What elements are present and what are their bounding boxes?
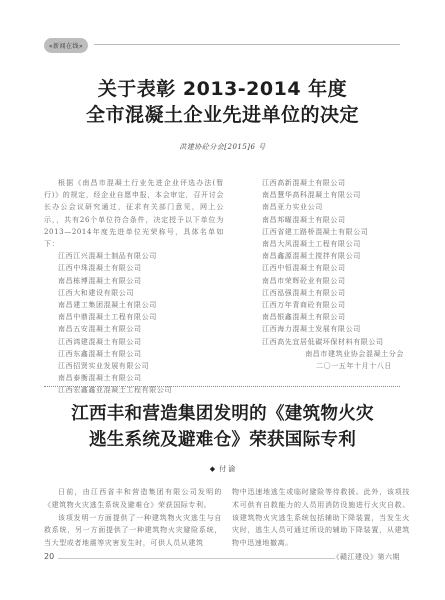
company-item: 南昌泰衡混凝土有限公司 bbox=[44, 372, 224, 384]
company-item: 江西中珠混凝土有限公司 bbox=[44, 262, 224, 274]
company-item: 南昌中鼎混凝土工程有限公司 bbox=[44, 311, 224, 323]
article1-right-column: 江西高新混凝土有限公司 南昌慧华高科混凝土有限公司 南昌亚力实业公司 南昌邦曜混… bbox=[232, 177, 410, 372]
company-item: 江西大和建设有限公司 bbox=[44, 287, 224, 299]
signature: 南昌市建筑业协会混凝土分会 bbox=[232, 348, 410, 360]
company-item: 江西省建工路桥混凝土有限公司 bbox=[232, 226, 410, 238]
company-item: 南昌栋博混凝土有限公司 bbox=[44, 275, 224, 287]
company-list-right: 江西高新混凝土有限公司 南昌慧华高科混凝土有限公司 南昌亚力实业公司 南昌邦曜混… bbox=[232, 177, 410, 348]
article2-title-line1: 江西丰和营造集团发明的《建筑物火灾 bbox=[0, 400, 445, 425]
company-item: 南昌亚力实业公司 bbox=[232, 201, 410, 213]
article2-title-line2: 逃生系统及避难仓》荣获国际专利 bbox=[0, 426, 445, 451]
article2-left-column: 日前，由江西省丰和营造集团有限公司发明的《建筑物火灾逃生系统及避难仓》荣获国际专… bbox=[44, 486, 222, 550]
company-item: 南昌五安混凝土有限公司 bbox=[44, 323, 224, 335]
company-item: 南昌市荣辉砼业有限公司 bbox=[232, 275, 410, 287]
body-paragraph: 该项发明一方面提供了一种建筑物火灾逃生与自救系统，另一方面提供了一种建筑物火灾避… bbox=[44, 512, 222, 550]
company-item: 南昌鑫源混凝土搅拌有限公司 bbox=[232, 250, 410, 262]
author-name: 付 渝 bbox=[219, 465, 235, 473]
company-item: 江西海力混凝土发展有限公司 bbox=[232, 323, 410, 335]
company-item: 江西东鑫混凝土有限公司 bbox=[44, 348, 224, 360]
journal-name: 《赣江建设》第六期 bbox=[333, 552, 401, 562]
company-item: 江西招贤实业发展有限公司 bbox=[44, 360, 224, 372]
document-number: 洪建协砼分会[2015]6 号 bbox=[0, 142, 445, 152]
company-item: 江西鸿建混凝土有限公司 bbox=[44, 336, 224, 348]
company-item: 江西高新混凝土有限公司 bbox=[232, 177, 410, 189]
company-item: 南昌大风混凝土工程有限公司 bbox=[232, 238, 410, 250]
article1-title-line2: 全市混凝土企业先进单位的决定 bbox=[0, 100, 445, 127]
page-number: 20 bbox=[44, 552, 54, 561]
company-item: 南昌建工集团混凝土有限公司 bbox=[44, 299, 224, 311]
section-tag: «新闻在线» bbox=[44, 38, 88, 53]
article2-right-column: 物中迅速地逃生或临时避险等待救援。此外，该项技术可供有自救能力的人员用消防设施进… bbox=[232, 486, 410, 550]
article1-left-column: 根据《南昌市混凝土行业先进企业评选办法(暂行)》的规定，经企业自愿申报，本会审定… bbox=[44, 177, 224, 397]
company-item: 江西泓强混凝土有限公司 bbox=[232, 287, 410, 299]
company-item: 南昌慧华高科混凝土有限公司 bbox=[232, 189, 410, 201]
company-item: 南昌邦曜混凝土有限公司 bbox=[232, 214, 410, 226]
company-item: 江西万年青商砼有限公司 bbox=[232, 299, 410, 311]
company-item: 南昌银鑫混凝土有限公司 bbox=[232, 311, 410, 323]
section-divider bbox=[94, 44, 400, 45]
author-line: ◆付 渝 bbox=[0, 464, 445, 474]
diamond-icon: ◆ bbox=[210, 465, 215, 473]
body-paragraph: 物中迅速地逃生或临时避险等待救援。此外，该项技术可供有自救能力的人员用消防设施进… bbox=[232, 486, 410, 550]
article-separator bbox=[44, 386, 400, 387]
company-item: 江西江兴混凝土制品有限公司 bbox=[44, 250, 224, 262]
body-paragraph: 日前，由江西省丰和营造集团有限公司发明的《建筑物火灾逃生系统及避难仓》荣获国际专… bbox=[44, 486, 222, 512]
company-item: 江西高先宜居低碳环保材料有限公司 bbox=[232, 336, 410, 348]
intro-paragraph: 根据《南昌市混凝土行业先进企业评选办法(暂行)》的规定，经企业自愿申报，本会审定… bbox=[44, 177, 224, 250]
company-list-left: 江西江兴混凝土制品有限公司 江西中珠混凝土有限公司 南昌栋博混凝土有限公司 江西… bbox=[44, 250, 224, 396]
company-item: 江西中恒混凝土有限公司 bbox=[232, 262, 410, 274]
article1-title-line1: 关于表彰 2013-2014 年度 bbox=[0, 74, 445, 101]
footer-rule bbox=[58, 558, 335, 559]
signature-date: 二〇一五年十月十八日 bbox=[232, 360, 410, 372]
